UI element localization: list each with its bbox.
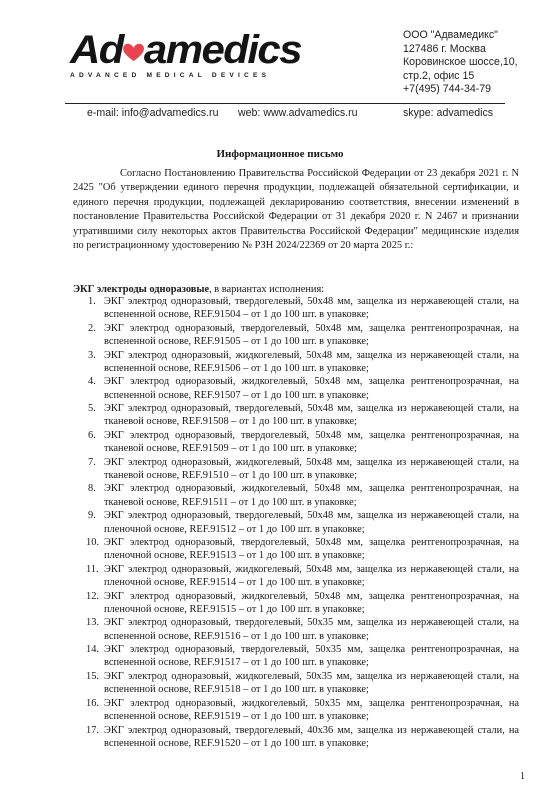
list-item: 4.ЭКГ электрод одноразовый, жидкогелевый…: [73, 375, 519, 402]
list-item-number: 12.: [86, 590, 99, 603]
header-divider: [65, 103, 505, 104]
company-name: ООО "Адвамедикс": [403, 29, 518, 43]
list-item-text: ЭКГ электрод одноразовый, твердогелевый,…: [104, 537, 519, 561]
list-item: 11.ЭКГ электрод одноразовый, жидкогелевы…: [73, 563, 519, 590]
list-item: 16.ЭКГ электрод одноразовый, жидкогелевы…: [73, 697, 519, 724]
list-item-number: 5.: [88, 402, 96, 415]
list-item-text: ЭКГ электрод одноразовый, твердогелевый,…: [104, 644, 519, 668]
product-list: 1.ЭКГ электрод одноразовый, твердогелевы…: [73, 295, 519, 750]
list-item-text: ЭКГ электрод одноразовый, жидкогелевый, …: [104, 564, 519, 588]
logo-text-start: Ad: [70, 30, 123, 70]
list-item: 8.ЭКГ электрод одноразовый, жидкогелевый…: [73, 482, 519, 509]
contact-email[interactable]: e-mail: info@advamedics.ru: [87, 107, 218, 119]
company-postal: 127486 г. Москва: [403, 43, 518, 57]
list-item-text: ЭКГ электрод одноразовый, жидкогелевый, …: [104, 698, 519, 722]
company-phone: +7(495) 744-34-79: [403, 83, 518, 97]
logo-text-end: amedics: [144, 30, 301, 70]
list-item-number: 17.: [86, 724, 99, 737]
list-item-text: ЭКГ электрод одноразовый, твердогелевый,…: [104, 430, 519, 454]
list-item-text: ЭКГ электрод одноразовый, твердогелевый,…: [104, 617, 519, 641]
list-item-number: 14.: [86, 643, 99, 656]
list-item-number: 11.: [86, 563, 99, 576]
list-item-number: 1.: [88, 295, 96, 308]
list-item-text: ЭКГ электрод одноразовый, твердогелевый,…: [104, 725, 519, 749]
list-item-text: ЭКГ электрод одноразовый, жидкогелевый, …: [104, 671, 519, 695]
intro-paragraph: Согласно Постановлению Правительства Рос…: [73, 167, 519, 253]
logo-tagline: ADVANCED MEDICAL DEVICES: [70, 72, 290, 79]
list-item-text: ЭКГ электрод одноразовый, твердогелевый,…: [104, 403, 519, 427]
heart-icon: [123, 38, 145, 66]
list-item-number: 9.: [88, 509, 96, 522]
list-item-number: 7.: [88, 456, 96, 469]
company-logo: Ad amedics ADVANCED MEDICAL DEVICES: [70, 30, 290, 79]
list-item-number: 3.: [88, 349, 96, 362]
list-item-number: 8.: [88, 482, 96, 495]
list-item: 15.ЭКГ электрод одноразовый, жидкогелевы…: [73, 670, 519, 697]
list-item-text: ЭКГ электрод одноразовый, жидкогелевый, …: [104, 483, 519, 507]
list-item-text: ЭКГ электрод одноразовый, жидкогелевый, …: [104, 350, 519, 374]
list-item-text: ЭКГ электрод одноразовый, жидкогелевый, …: [104, 457, 519, 481]
list-item-number: 2.: [88, 322, 96, 335]
page-number: 1: [520, 771, 525, 782]
list-item: 14.ЭКГ электрод одноразовый, твердогелев…: [73, 643, 519, 670]
list-item-text: ЭКГ электрод одноразовый, жидкогелевый, …: [104, 376, 519, 400]
list-item-text: ЭКГ электрод одноразовый, жидкогелевый, …: [104, 591, 519, 615]
list-item: 1.ЭКГ электрод одноразовый, твердогелевы…: [73, 295, 519, 322]
list-item: 10.ЭКГ электрод одноразовый, твердогелев…: [73, 536, 519, 563]
document-title: Информационное письмо: [0, 148, 560, 160]
list-item: 5.ЭКГ электрод одноразовый, твердогелевы…: [73, 402, 519, 429]
section-heading-bold: ЭКГ электроды одноразовые: [73, 284, 209, 295]
company-street: Коровинское шоссе,10,: [403, 56, 518, 70]
contact-web[interactable]: web: www.advamedics.ru: [238, 107, 358, 119]
company-address-block: ООО "Адвамедикс" 127486 г. Москва Корови…: [403, 29, 518, 97]
list-item-number: 13.: [86, 616, 99, 629]
list-item-text: ЭКГ электрод одноразовый, твердогелевый,…: [104, 323, 519, 347]
list-item: 12.ЭКГ электрод одноразовый, жидкогелевы…: [73, 590, 519, 617]
list-item: 7.ЭКГ электрод одноразовый, жидкогелевый…: [73, 456, 519, 483]
list-item-text: ЭКГ электрод одноразовый, твердогелевый,…: [104, 296, 519, 320]
list-item: 13.ЭКГ электрод одноразовый, твердогелев…: [73, 616, 519, 643]
list-item: 9.ЭКГ электрод одноразовый, твердогелевы…: [73, 509, 519, 536]
list-item-number: 6.: [88, 429, 96, 442]
section-heading-rest: , в вариантах исполнения:: [209, 284, 324, 295]
logo-wordmark: Ad amedics: [70, 30, 301, 70]
list-item-number: 15.: [86, 670, 99, 683]
list-item: 17.ЭКГ электрод одноразовый, твердогелев…: [73, 724, 519, 751]
list-item: 3.ЭКГ электрод одноразовый, жидкогелевый…: [73, 349, 519, 376]
list-item-number: 4.: [88, 375, 96, 388]
list-item-number: 10.: [86, 536, 99, 549]
list-item: 6.ЭКГ электрод одноразовый, твердогелевы…: [73, 429, 519, 456]
company-building: стр.2, офис 15: [403, 70, 518, 84]
list-item: 2.ЭКГ электрод одноразовый, твердогелевы…: [73, 322, 519, 349]
list-item-text: ЭКГ электрод одноразовый, твердогелевый,…: [104, 510, 519, 534]
list-item-number: 16.: [86, 697, 99, 710]
contact-skype: skype: advamedics: [403, 107, 493, 119]
